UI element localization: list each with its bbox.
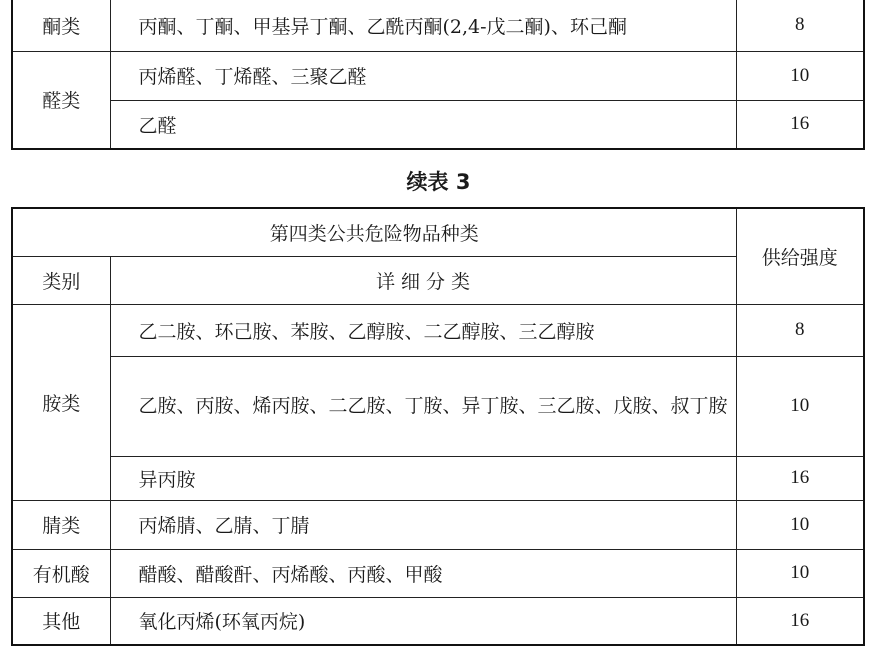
category-cell: 醛类 <box>12 51 110 149</box>
detail-cell: 丙烯醛、丁烯醛、三聚乙醛 <box>110 51 736 100</box>
table-row: 有机酸 醋酸、醋酸酐、丙烯酸、丙酸、甲酸 10 <box>12 549 864 597</box>
value-cell: 8 <box>736 304 864 356</box>
continued-table-title: 续表 3 <box>0 166 877 196</box>
table-row: 酮类 丙酮、丁酮、甲基异丁酮、乙酰丙酮(2,4-戊二酮)、环己酮 8 <box>12 0 864 51</box>
table-row: 乙醛 16 <box>12 100 864 149</box>
table-row: 腈类 丙烯腈、乙腈、丁腈 10 <box>12 500 864 549</box>
table-main: 第四类公共危险物品种类 供给强度 类别 详 细 分 类 胺类 乙二胺、环己胺、苯… <box>11 207 865 646</box>
detail-cell: 乙醛 <box>110 100 736 149</box>
detail-cell: 乙胺、丙胺、烯丙胺、二乙胺、丁胺、异丁胺、三乙胺、戊胺、叔丁胺 <box>110 356 736 456</box>
category-cell: 腈类 <box>12 500 110 549</box>
value-header: 供给强度 <box>736 208 864 304</box>
value-cell: 10 <box>736 51 864 100</box>
value-cell: 8 <box>736 0 864 51</box>
table-row: 其他 氧化丙烯(环氧丙烷) 16 <box>12 597 864 645</box>
detail-cell: 异丙胺 <box>110 456 736 500</box>
table-row: 胺类 乙二胺、环己胺、苯胺、乙醇胺、二乙醇胺、三乙醇胺 8 <box>12 304 864 356</box>
value-cell: 10 <box>736 549 864 597</box>
value-cell: 16 <box>736 100 864 149</box>
detail-cell: 丙酮、丁酮、甲基异丁酮、乙酰丙酮(2,4-戊二酮)、环己酮 <box>110 0 736 51</box>
detail-header: 详 细 分 类 <box>110 256 736 304</box>
detail-cell: 丙烯腈、乙腈、丁腈 <box>110 500 736 549</box>
category-cell: 有机酸 <box>12 549 110 597</box>
detail-cell: 醋酸、醋酸酐、丙烯酸、丙酸、甲酸 <box>110 549 736 597</box>
category-cell: 胺类 <box>12 304 110 500</box>
table-row: 醛类 丙烯醛、丁烯醛、三聚乙醛 10 <box>12 51 864 100</box>
table-row: 异丙胺 16 <box>12 456 864 500</box>
header-row: 第四类公共危险物品种类 供给强度 <box>12 208 864 256</box>
value-cell: 10 <box>736 500 864 549</box>
category-header: 类别 <box>12 256 110 304</box>
table-row: 乙胺、丙胺、烯丙胺、二乙胺、丁胺、异丁胺、三乙胺、戊胺、叔丁胺 10 <box>12 356 864 456</box>
category-cell: 酮类 <box>12 0 110 51</box>
value-cell: 16 <box>736 597 864 645</box>
table-top-continuation: 酮类 丙酮、丁酮、甲基异丁酮、乙酰丙酮(2,4-戊二酮)、环己酮 8 醛类 丙烯… <box>11 0 865 150</box>
category-cell: 其他 <box>12 597 110 645</box>
group-header: 第四类公共危险物品种类 <box>12 208 736 256</box>
detail-cell: 氧化丙烯(环氧丙烷) <box>110 597 736 645</box>
detail-cell: 乙二胺、环己胺、苯胺、乙醇胺、二乙醇胺、三乙醇胺 <box>110 304 736 356</box>
value-cell: 16 <box>736 456 864 500</box>
value-cell: 10 <box>736 356 864 456</box>
